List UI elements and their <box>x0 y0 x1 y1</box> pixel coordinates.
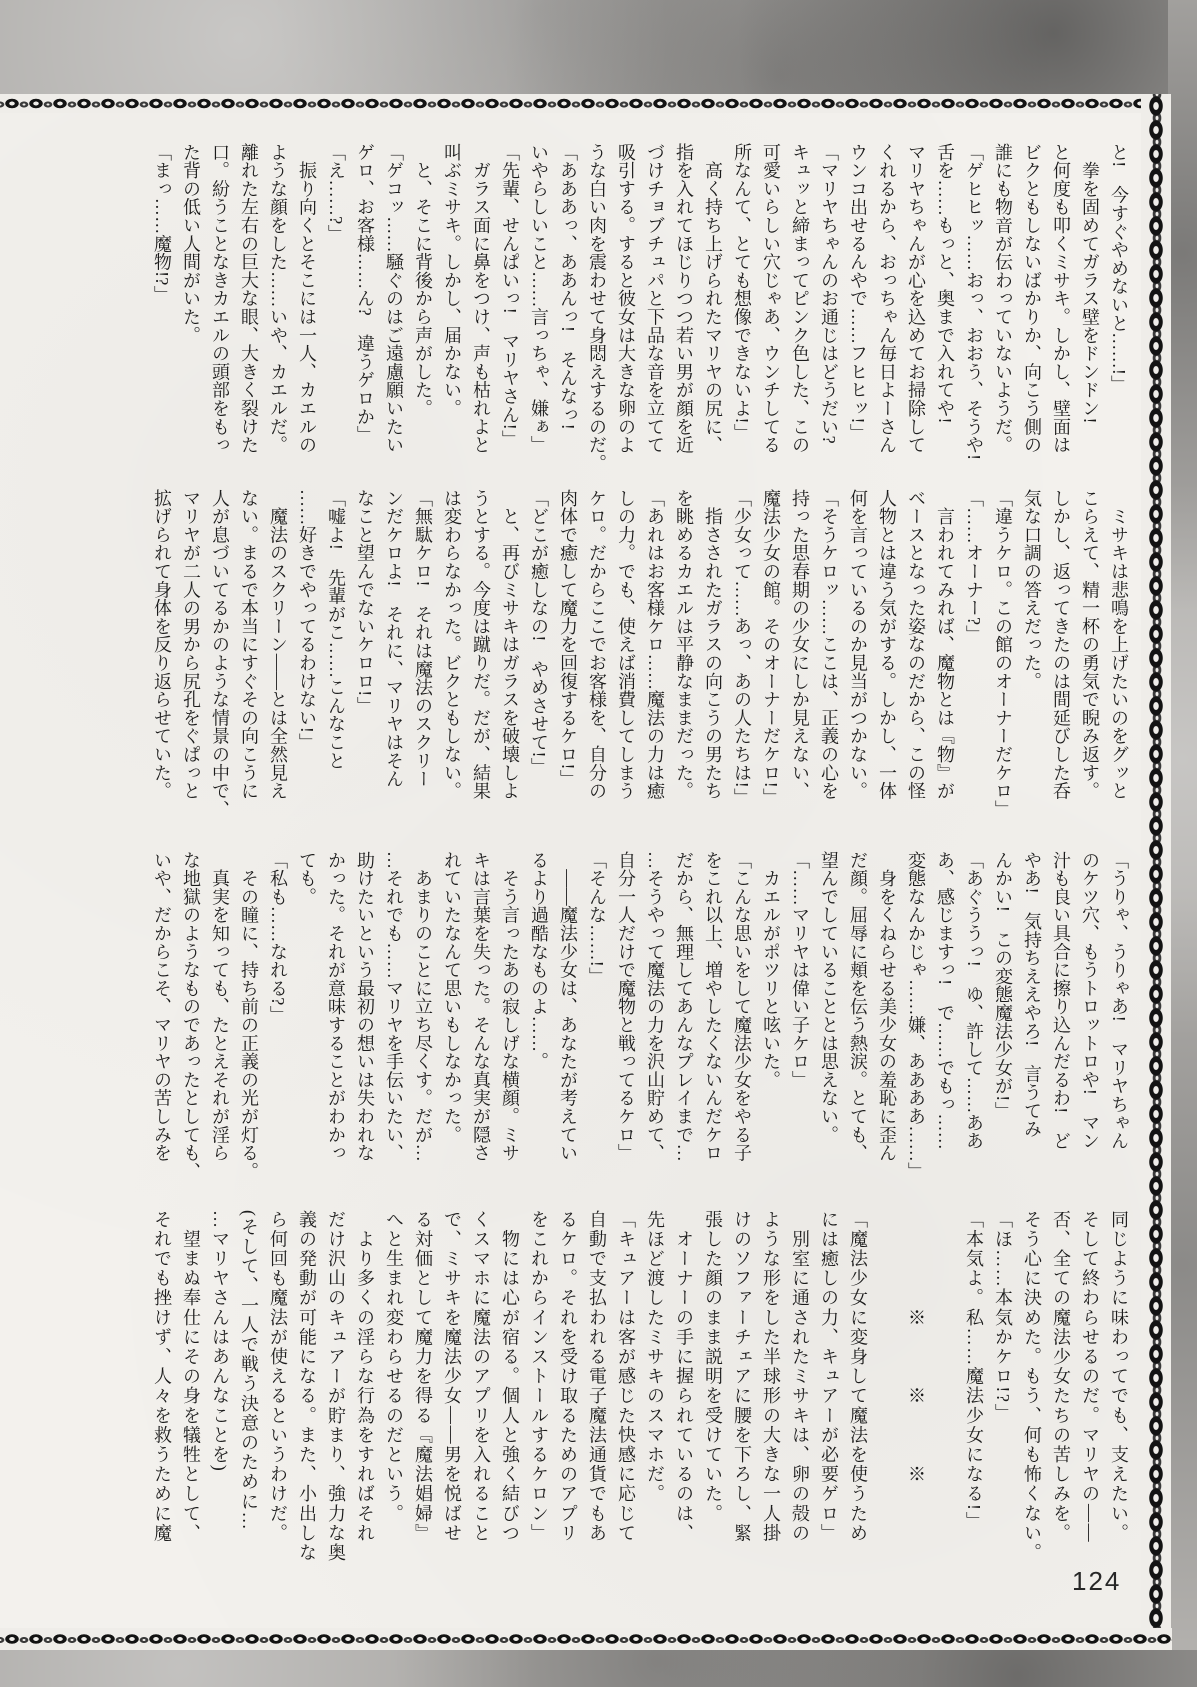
text-column: ンだケロよ! それに、マリヤはそん <box>379 489 408 807</box>
text-column: るケロ。それを受け取るためのアプリ <box>553 1210 582 1560</box>
text-column: 助けたいという最初の想いは失われな <box>350 851 379 1169</box>
text-column: ……好きでやってるわけない!」 <box>292 489 321 807</box>
text-column: れていたなんて思いもしなかった。 <box>437 851 466 1169</box>
text-column: ない。まるで本当にすぐその向こうに <box>234 489 263 807</box>
text-column: 可愛いらしい穴じゃあ、ウンチしてる <box>756 143 785 461</box>
text-band-3: 「うりゃ、うりゃあ! マリヤちゃんのケツ穴、もうトロットロや! マン汁も良い具合… <box>143 851 1133 1169</box>
text-band-4: 同じように味わってでも、支えたい。そして終わらせるのだ。マリヤの――否、全ての魔… <box>143 1210 1133 1560</box>
text-column: マリヤが二人の男から尻孔をぐぱっと <box>176 489 205 807</box>
text-column: (そして、一人で戦う決意のために… <box>234 1210 263 1560</box>
text-column: へと生まれ変わらせるのだという。 <box>379 1210 408 1560</box>
text-column: 「あああっ、ああんっ! そんなっ! <box>553 143 582 461</box>
text-column: そう心に決めた。もう、何も怖くない。 <box>1017 1210 1046 1560</box>
text-column: オーナーの手に握られているのは、 <box>669 1210 698 1560</box>
text-column: ても。 <box>292 851 321 1169</box>
text-column: なこと望んでないケロロ!」 <box>350 489 379 807</box>
text-column: 「え……?」 <box>321 143 350 461</box>
text-column: 人物とは違う気がする。しかし、一体 <box>872 489 901 807</box>
text-column: その瞳に、持ち前の正義の光が灯る。 <box>234 851 263 1169</box>
text-column: 同じように味わってでも、支えたい。 <box>1104 1210 1133 1560</box>
text-column: 望んでしていることとは思えない。 <box>814 851 843 1169</box>
text-column: 所なんて、とても想像できないよ!」 <box>727 143 756 461</box>
text-column: 先ほど渡したミサキのスマホだ。 <box>640 1210 669 1560</box>
text-column: 「嘘よ! 先輩がこ……こんなこと <box>321 489 350 807</box>
text-column: 「……マリヤは偉い子ケロ」 <box>785 851 814 1169</box>
text-column: 「あぐううっ! ゆ、許して……ああ <box>959 851 988 1169</box>
text-column: いや、だからこそ、マリヤの苦しみを <box>147 851 176 1169</box>
text-column: 「どこが癒しなの! やめさせて!」 <box>524 489 553 807</box>
text-column: …マリヤさんはあんなことを) <box>205 1210 234 1560</box>
text-column: 指を入れてほじりつつ若い男が顔を近 <box>669 143 698 461</box>
text-column: と! 今すぐやめないと……!」 <box>1104 143 1133 461</box>
text-column: 「こんな思いをして魔法少女をやる子 <box>727 851 756 1169</box>
text-column: 「そんな……!」 <box>582 851 611 1169</box>
text-column: 拳を固めてガラス壁をドンドン! <box>1075 143 1104 461</box>
text-column: ケロ。だからここでお客様を、自分の <box>582 489 611 807</box>
text-column: 持った思春期の少女にしか見えない、 <box>785 489 814 807</box>
text-column: くれるから、おっちゃん毎日よーさん <box>872 143 901 461</box>
chain-border-right <box>1141 94 1171 1650</box>
text-column: 「本気よ。私……魔法少女になる!」 <box>959 1210 988 1560</box>
text-column: あ、感じますっ! で……でもっ…… <box>930 851 959 1169</box>
chain-border-bottom <box>0 1628 1172 1650</box>
text-column: 否、全ての魔法少女たちの苦しみを。 <box>1046 1210 1075 1560</box>
text-column: をこれからインストールするケロン」 <box>524 1210 553 1560</box>
chain-border-top <box>0 94 1164 113</box>
text-column: 別室に通されたミサキは、卵の殻の <box>785 1210 814 1560</box>
text-column: 「違うケロ。この館のオーナーだケロ」 <box>988 489 1017 807</box>
text-column: うな白い肉を震わせて身悶えするのだ。 <box>582 143 611 461</box>
text-column: ゲロ、お客様……ん? 違うゲロか」 <box>350 143 379 461</box>
text-column: ビクともしないばかりか、向こう側の <box>1017 143 1046 461</box>
text-column <box>930 1210 959 1560</box>
text-column: 「キュアーは客が感じた快感に応じて <box>611 1210 640 1560</box>
text-column: 「無駄ケロ! それは魔法のスクリー <box>408 489 437 807</box>
text-column: 「まっ……魔物!?」 <box>147 143 176 461</box>
text-band-2: ミサキは悲鳴を上げたいのをグッとこらえて、精一杯の勇気で睨み返す。しかし、返って… <box>143 489 1133 807</box>
text-column: だから、無理してあんなプレイまで… <box>669 851 698 1169</box>
text-column: んかい! この変態魔法少女が!」 <box>988 851 1017 1169</box>
text-column: 汁も良い具合に擦り込んだるわ! ど <box>1046 851 1075 1169</box>
text-column: けのソファーチェアに腰を下ろし、緊 <box>727 1210 756 1560</box>
text-column: づけチョブチュパと下品な音を立てて <box>640 143 669 461</box>
page-number: 124 <box>1072 1566 1121 1597</box>
text-column: 気な口調の答えだった。 <box>1017 489 1046 807</box>
text-column: 「ゲヒヒッ……おっ、おおう、そうや! <box>959 143 988 461</box>
text-column: 「私も……なれる?」 <box>263 851 292 1169</box>
text-column: ウンコ出せるんやで……フヒヒッ!」 <box>843 143 872 461</box>
text-column: だ顔。屈辱に頬を伝う熱涙。とても、 <box>843 851 872 1169</box>
text-column: しかし、返ってきたのは間延びした呑 <box>1046 489 1075 807</box>
text-column: いやらしいこと……言っちゃ、嫌ぁ」 <box>524 143 553 461</box>
text-column: るより過酷なものよ……。 <box>524 851 553 1169</box>
text-column: 「あれはお客様ケロ……魔法の力は癒 <box>640 489 669 807</box>
text-column: 何を言っているのか見当がつかない。 <box>843 489 872 807</box>
text-column: を眺めるカエルは平静なままだった。 <box>669 489 698 807</box>
text-column: しの力。でも、使えば消費してしまう <box>611 489 640 807</box>
text-column: 自分一人だけで魔物と戦ってるケロ」 <box>611 851 640 1169</box>
text-column: 「うりゃ、うりゃあ! マリヤちゃん <box>1104 851 1133 1169</box>
text-column: くスマホに魔法のアプリを入れること <box>466 1210 495 1560</box>
text-column: カエルがポツリと呟いた。 <box>756 851 785 1169</box>
text-column: 肉体で癒して魔力を回復するケロ!」 <box>553 489 582 807</box>
text-column: だけ沢山のキュアーが貯まり、強力な奥 <box>321 1210 350 1560</box>
text-column: と、再びミサキはガラスを破壊しよ <box>495 489 524 807</box>
text-column: る対価として魔力を得る『魔法娼婦』 <box>408 1210 437 1560</box>
text-column: 変態なんかじゃ……嫌、ああああ……」 <box>901 851 930 1169</box>
text-column: …そうやって魔法の力を沢山貯めて、 <box>640 851 669 1169</box>
text-column: 真実を知っても、たとえそれが淫ら <box>205 851 234 1169</box>
stone-texture-right <box>1168 0 1197 1687</box>
text-column: そう言ったあの寂しげな横顔。ミサ <box>495 851 524 1169</box>
text-column: 離れた左右の巨大な眼、大きく裂けた <box>234 143 263 461</box>
text-column: 舌を……もっと、奥まで入れてや! <box>930 143 959 461</box>
text-column: 「魔法少女に変身して魔法を使うため <box>843 1210 872 1560</box>
text-column: で、ミサキを魔法少女――男を悦ばせ <box>437 1210 466 1560</box>
stone-texture-bottom <box>0 1650 1197 1687</box>
text-column: 「ほ……本気かケロ!?」 <box>988 1210 1017 1560</box>
text-column: 指さされたガラスの向こうの男たち <box>698 489 727 807</box>
text-column: そして終わらせるのだ。マリヤの―― <box>1075 1210 1104 1560</box>
text-column: より多くの淫らな行為をすればそれ <box>350 1210 379 1560</box>
text-column: マリヤちゃんが心を込めてお掃除して <box>901 143 930 461</box>
text-column: ら何回も魔法が使えるというわけだ。 <box>263 1210 292 1560</box>
text-band-1: と! 今すぐやめないと……!」 拳を固めてガラス壁をドンドン!と何度も叩くミサキ… <box>143 143 1133 461</box>
text-column: 魔法のスクリーン――とは全然見え <box>263 489 292 807</box>
text-column: ような顔をした……いや、カエルだ。 <box>263 143 292 461</box>
text-column: やあ! 気持ちええやろ! 言うてみ <box>1017 851 1046 1169</box>
text-column: ガラス面に鼻をつけ、声も枯れよと <box>466 143 495 461</box>
text-column: あまりのことに立ち尽くす。だが… <box>408 851 437 1169</box>
text-column: 義の発動が可能になる。また、小出しな <box>292 1210 321 1560</box>
text-column: かった。それが意味することがわかっ <box>321 851 350 1169</box>
text-column: 張した顔のまま説明を受けていた。 <box>698 1210 727 1560</box>
text-column: 自動で支払われる電子魔法通貨でもあ <box>582 1210 611 1560</box>
text-column: ※ ※ ※ <box>901 1210 930 1560</box>
text-column: キは言葉を失った。そんな真実が隠さ <box>466 851 495 1169</box>
text-column: は変わらなかった。ビクともしない。 <box>437 489 466 807</box>
stone-texture-top <box>0 0 1197 95</box>
text-column: な地獄のようなものであったとしても、 <box>176 851 205 1169</box>
text-column: ような形をした半球形の大きな一人掛 <box>756 1210 785 1560</box>
text-column: 「ゲコッ……騒ぐのはご遠慮願いたい <box>379 143 408 461</box>
text-column: 「……オーナー?」 <box>959 489 988 807</box>
text-column: 「先輩、せんぱいっ! マリヤさん!」 <box>495 143 524 461</box>
text-column: キュッと締まってピンク色した、この <box>785 143 814 461</box>
text-column: た背の低い人間がいた。 <box>176 143 205 461</box>
text-column: …それでも……マリヤを手伝いたい、 <box>379 851 408 1169</box>
text-column: 魔法少女の館。そのオーナーだケロ!」 <box>756 489 785 807</box>
text-column: と、そこに背後から声がした。 <box>408 143 437 461</box>
text-column: うとする。今度は蹴りだ。だが、結果 <box>466 489 495 807</box>
text-column: こらえて、精一杯の勇気で睨み返す。 <box>1075 489 1104 807</box>
text-column: 高く持ち上げられたマリヤの尻に、 <box>698 143 727 461</box>
text-column: それでも挫けず、人々を救うために魔 <box>147 1210 176 1560</box>
text-column: のケツ穴、もうトロットロや! マン <box>1075 851 1104 1169</box>
text-column: 振り向くとそこには一人、カエルの <box>292 143 321 461</box>
text-column <box>872 1210 901 1560</box>
text-column: 「そうケロッ……ここは、正義の心を <box>814 489 843 807</box>
text-column: ミサキは悲鳴を上げたいのをグッと <box>1104 489 1133 807</box>
text-column: 「マリヤちゃんのお通じはどうだい? <box>814 143 843 461</box>
text-column: と何度も叩くミサキ。しかし、壁面は <box>1046 143 1075 461</box>
text-column: 言われてみれば、魔物とは『物』が <box>930 489 959 807</box>
text-column: 叫ぶミサキ。しかし、届かない。 <box>437 143 466 461</box>
text-column: 身をくねらせる美少女の羞恥に歪ん <box>872 851 901 1169</box>
text-column: 誰にも物音が伝わっていないようだ。 <box>988 143 1017 461</box>
text-column: をこれ以上、増やしたくないんだケロ <box>698 851 727 1169</box>
book-page: { "page": { "number": "124" }, "bands": … <box>0 0 1197 1687</box>
text-column: 口。紛うことなきカエルの頭部をもっ <box>205 143 234 461</box>
text-column: 吸引する。すると彼女は大きな卵のよ <box>611 143 640 461</box>
text-column: 拡げられて身体を反り返らせていた。 <box>147 489 176 807</box>
text-column: 望まぬ奉仕にその身を犠牲として、 <box>176 1210 205 1560</box>
text-column: 「少女って……あっ、あの人たちは!」 <box>727 489 756 807</box>
text-column: ――魔法少女は、あなたが考えてい <box>553 851 582 1169</box>
text-column: 人が息づいてるかのような情景の中で、 <box>205 489 234 807</box>
text-column: には癒しの力、キュアーが必要ゲロ」 <box>814 1210 843 1560</box>
text-column: 物には心が宿る。個人と強く結びつ <box>495 1210 524 1560</box>
text-column: ベースとなった姿なのだから、この怪 <box>901 489 930 807</box>
